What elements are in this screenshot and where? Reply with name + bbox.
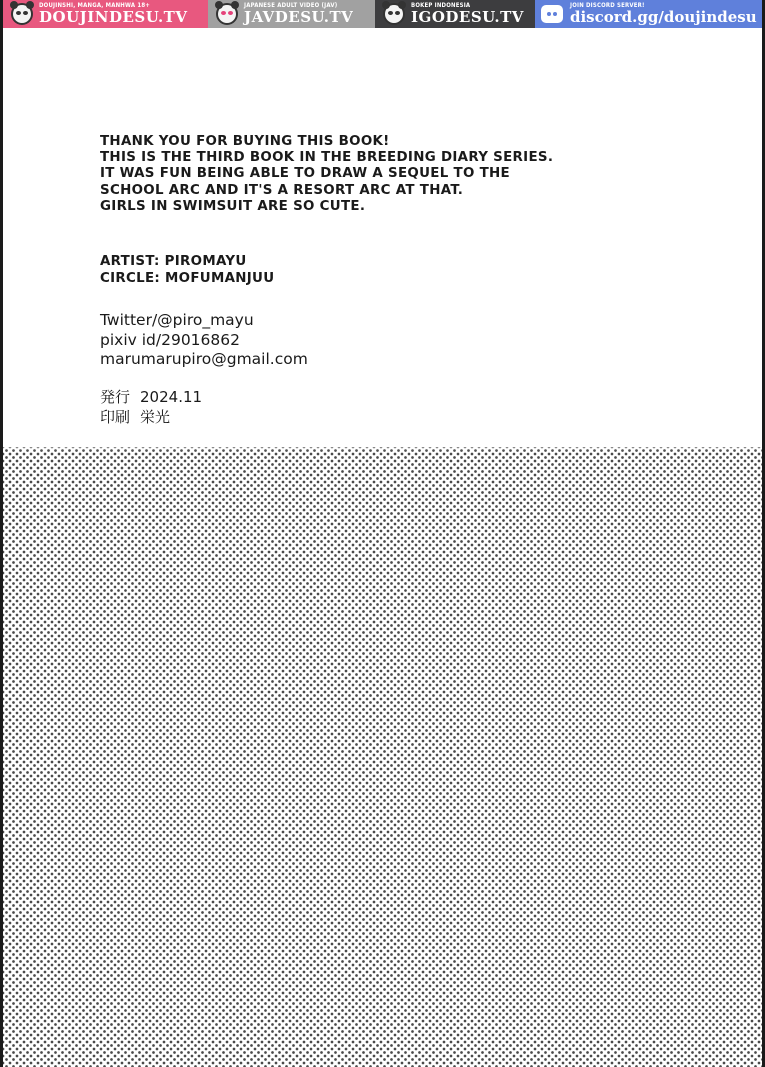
- afterword-line: THIS IS THE THIRD BOOK IN THE BREEDING D…: [100, 150, 553, 166]
- contact-info: Twitter/@piro_mayu pixiv id/29016862 mar…: [100, 311, 308, 370]
- printer-row: 印刷 栄光: [100, 408, 202, 428]
- credits: ARTIST: PIROMAYU CIRCLE: MOFUMANJUU: [100, 254, 274, 287]
- publication-info: 発行 2024.11 印刷 栄光: [100, 388, 202, 427]
- manga-page: DOUJINSHI, MANGA, MANHWA 18+ DOUJINDESU.…: [3, 0, 762, 1067]
- twitter-handle: Twitter/@piro_mayu: [100, 311, 308, 331]
- ad-discord[interactable]: JOIN DISCORD SERVER! discord.gg/doujinde…: [535, 0, 762, 28]
- ad-doujindesu[interactable]: DOUJINSHI, MANGA, MANHWA 18+ DOUJINDESU.…: [3, 0, 208, 28]
- ad-site-name: discord.gg/doujindesu: [570, 10, 757, 25]
- afterword-line: IT WAS FUN BEING ABLE TO DRAW A SEQUEL T…: [100, 166, 553, 182]
- ad-igodesu[interactable]: BOKEP INDONESIA IGODESU.TV: [375, 0, 535, 28]
- printer-value: 栄光: [140, 408, 170, 428]
- circle-credit: CIRCLE: MOFUMANJUU: [100, 271, 274, 288]
- printer-label: 印刷: [100, 408, 130, 428]
- afterword-line: THANK YOU FOR BUYING THIS BOOK!: [100, 134, 553, 150]
- ad-site-name: JAVDESU.TV: [244, 10, 353, 25]
- afterword-line: SCHOOL ARC AND IT'S A RESORT ARC AT THAT…: [100, 183, 553, 199]
- panda-mascot-icon: [383, 3, 405, 25]
- ad-javdesu[interactable]: JAPANESE ADULT VIDEO (JAV) JAVDESU.TV: [208, 0, 375, 28]
- halftone-screentone: [3, 447, 762, 1067]
- panda-mascot-icon: [216, 3, 238, 25]
- issued-row: 発行 2024.11: [100, 388, 202, 408]
- panda-mascot-icon: [11, 3, 33, 25]
- afterword-line: GIRLS IN SWIMSUIT ARE SO CUTE.: [100, 199, 553, 215]
- email-address: marumarupiro@gmail.com: [100, 350, 308, 370]
- discord-icon: [541, 5, 563, 23]
- issued-value: 2024.11: [140, 388, 202, 408]
- afterword-message: THANK YOU FOR BUYING THIS BOOK! THIS IS …: [100, 134, 553, 215]
- artist-credit: ARTIST: PIROMAYU: [100, 254, 274, 271]
- issued-label: 発行: [100, 388, 130, 408]
- ad-banner: DOUJINSHI, MANGA, MANHWA 18+ DOUJINDESU.…: [3, 0, 762, 28]
- ad-site-name: DOUJINDESU.TV: [39, 10, 187, 25]
- pixiv-id: pixiv id/29016862: [100, 331, 308, 351]
- ad-site-name: IGODESU.TV: [411, 10, 524, 25]
- screentone-edge: [3, 441, 762, 451]
